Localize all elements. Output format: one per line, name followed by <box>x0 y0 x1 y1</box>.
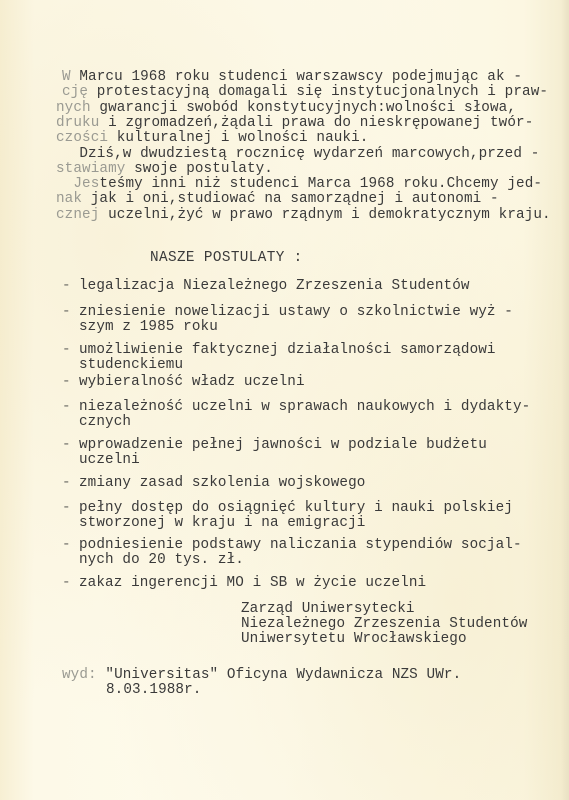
intro-line: czości kulturalnej i wolności nauki. <box>56 131 368 146</box>
intro-line: Dziś,w dwudziestą rocznicę wydarzeń marc… <box>62 147 539 162</box>
intro-text: swoje postulaty. <box>125 161 273 177</box>
intro-text: i zgromadzeń,żądali prawa do nieskrępowa… <box>99 115 533 131</box>
intro-text: gwarancji swobód konstytucyjnych:wolnośc… <box>91 100 516 116</box>
bullet-dash-icon: - <box>62 476 71 491</box>
paper-edge <box>561 0 569 800</box>
postulate-text: niezależność uczelni w sprawach naukowyc… <box>79 400 530 415</box>
faded-text: Jes <box>56 176 99 192</box>
postulate-text: wprowadzenie pełnej jawności w podziale … <box>79 438 487 453</box>
intro-line: W Marcu 1968 roku studenci warszawscy po… <box>62 70 522 85</box>
postulate-text: nych do 20 tys. zł. <box>79 553 244 568</box>
bullet-dash-icon: - <box>62 375 71 390</box>
intro-line: nych gwarancji swobód konstytucyjnych:wo… <box>56 101 516 116</box>
intro-text: jak i oni,studiować na samorządnej i aut… <box>82 191 499 207</box>
intro-text: protestacyjną domagali się instytucjonal… <box>88 84 548 100</box>
postulate-text: cznych <box>79 415 131 430</box>
bullet-dash-icon: - <box>62 279 71 294</box>
faded-text: nych <box>56 100 91 116</box>
postulates-heading: NASZE POSTULATY : <box>150 251 303 266</box>
document-page: W Marcu 1968 roku studenci warszawscy po… <box>0 0 569 800</box>
signature-line: Zarząd Uniwersytecki <box>241 602 415 617</box>
bullet-dash-icon: - <box>62 400 71 415</box>
postulate-text: wybieralność władz uczelni <box>79 375 305 390</box>
bullet-dash-icon: - <box>62 501 71 516</box>
bullet-dash-icon: - <box>62 538 71 553</box>
intro-line: cznej uczelni,żyć w prawo rządnym i demo… <box>56 208 551 223</box>
faded-text: cję <box>62 84 88 100</box>
publisher-text: "Universitas" Oficyna Wydawnicza NZS UWr… <box>97 667 462 683</box>
postulate-text: podniesienie podstawy naliczania stypend… <box>79 538 522 553</box>
faded-text: stawiamy <box>56 161 125 177</box>
postulate-text: legalizacja Niezależnego Zrzeszenia Stud… <box>79 279 470 294</box>
intro-line: Jesteśmy inni niż studenci Marca 1968 ro… <box>56 177 542 192</box>
postulate-text: uczelni <box>79 453 140 468</box>
faded-text: druku <box>56 115 99 131</box>
intro-text: kulturalnej i wolności nauki. <box>108 130 368 146</box>
signature-line: Uniwersytetu Wrocławskiego <box>241 632 467 647</box>
postulate-text: szym z 1985 roku <box>79 320 218 335</box>
intro-text: teśmy inni niż studenci Marca 1968 roku.… <box>99 176 542 192</box>
publisher-label: wyd: <box>62 667 97 683</box>
intro-line: nak jak i oni,studiować na samorządnej i… <box>56 192 499 207</box>
postulate-text: pełny dostęp do osiągnięć kultury i nauk… <box>79 501 513 516</box>
bullet-dash-icon: - <box>62 305 71 320</box>
postulate-text: stworzonej w kraju i na emigracji <box>79 516 365 531</box>
intro-line: cję protestacyjną domagali się instytucj… <box>62 85 548 100</box>
intro-text: uczelni,żyć w prawo rządnym i demokratyc… <box>99 207 550 223</box>
faded-text: cznej <box>56 207 99 223</box>
faded-text: nak <box>56 191 82 207</box>
bullet-dash-icon: - <box>62 343 71 358</box>
faded-text: czości <box>56 130 108 146</box>
intro-text: Dziś,w dwudziestą rocznicę wydarzeń marc… <box>62 146 539 162</box>
postulate-text: zniesienie nowelizacji ustawy o szkolnic… <box>79 305 513 320</box>
bullet-dash-icon: - <box>62 576 71 591</box>
postulate-text: zakaz ingerencji MO i SB w życie uczelni <box>79 576 426 591</box>
publisher-line: wyd: "Universitas" Oficyna Wydawnicza NZ… <box>62 668 461 683</box>
intro-text: Marcu 1968 roku studenci warszawscy pode… <box>71 69 522 85</box>
faded-text: W <box>62 69 71 85</box>
publication-date: 8.03.1988r. <box>106 683 201 698</box>
signature-line: Niezależnego Zrzeszenia Studentów <box>241 617 527 632</box>
postulate-text: umożliwienie faktycznej działalności sam… <box>79 343 496 358</box>
intro-line: druku i zgromadzeń,żądali prawa do niesk… <box>56 116 533 131</box>
postulate-text: studenckiemu <box>79 358 183 373</box>
bullet-dash-icon: - <box>62 438 71 453</box>
postulate-text: zmiany zasad szkolenia wojskowego <box>79 476 365 491</box>
intro-line: stawiamy swoje postulaty. <box>56 162 273 177</box>
